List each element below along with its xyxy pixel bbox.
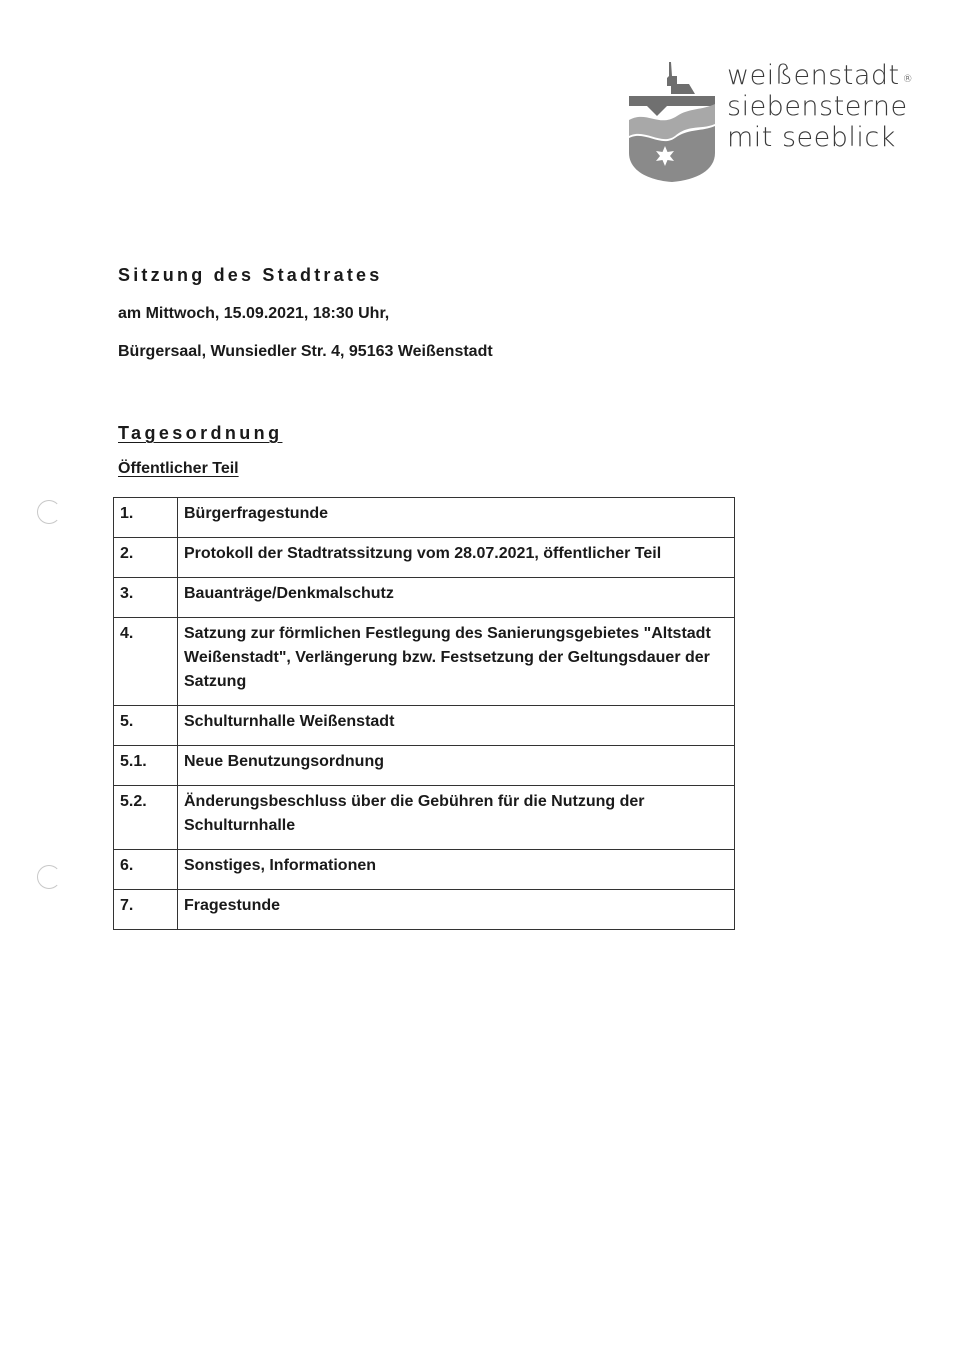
item-text: Bauanträge/Denkmalschutz (178, 578, 735, 618)
punch-hole-mark (37, 500, 61, 524)
item-number: 5. (114, 706, 178, 746)
agenda-row: 7. Fragestunde (114, 890, 735, 930)
item-number: 5.2. (114, 786, 178, 850)
agenda-row: 1. Bürgerfragestunde (114, 498, 735, 538)
agenda-row: 5.2. Änderungsbeschluss über die Gebühre… (114, 786, 735, 850)
item-number: 6. (114, 850, 178, 890)
logo-line-1: weißenstadt (727, 60, 900, 91)
meeting-location: Bürgersaal, Wunsiedler Str. 4, 95163 Wei… (118, 343, 493, 361)
agenda-row: 5.1. Neue Benutzungsordnung (114, 746, 735, 786)
item-text: Bürgerfragestunde (178, 498, 735, 538)
public-section-heading: Öffentlicher Teil (118, 460, 239, 478)
item-text: Satzung zur förmlichen Festlegung des Sa… (178, 618, 735, 706)
meeting-title: Sitzung des Stadtrates (118, 265, 382, 286)
agenda-row: 4. Satzung zur förmlichen Festlegung des… (114, 618, 735, 706)
logo-wordmark: weißenstadt® siebensterne mit seeblick (727, 60, 913, 153)
agenda-heading: Tagesordnung (118, 423, 282, 444)
item-text: Sonstiges, Informationen (178, 850, 735, 890)
item-text: Änderungsbeschluss über die Gebühren für… (178, 786, 735, 850)
coat-of-arms-icon (627, 58, 717, 183)
meeting-date: am Mittwoch, 15.09.2021, 18:30 Uhr, (118, 305, 389, 323)
punch-hole-mark (37, 865, 61, 889)
item-number: 7. (114, 890, 178, 930)
logo-line-3: mit seeblick (727, 122, 913, 153)
item-text: Neue Benutzungsordnung (178, 746, 735, 786)
agenda-row: 3. Bauanträge/Denkmalschutz (114, 578, 735, 618)
item-number: 3. (114, 578, 178, 618)
agenda-row: 6. Sonstiges, Informationen (114, 850, 735, 890)
item-text: Fragestunde (178, 890, 735, 930)
item-text: Protokoll der Stadtratssitzung vom 28.07… (178, 538, 735, 578)
registered-mark: ® (903, 74, 914, 85)
agenda-row: 5. Schulturnhalle Weißenstadt (114, 706, 735, 746)
item-number: 5.1. (114, 746, 178, 786)
item-text: Schulturnhalle Weißenstadt (178, 706, 735, 746)
item-number: 4. (114, 618, 178, 706)
item-number: 2. (114, 538, 178, 578)
item-number: 1. (114, 498, 178, 538)
municipality-logo: weißenstadt® siebensterne mit seeblick (627, 58, 917, 183)
logo-line-2: siebensterne (727, 91, 913, 122)
agenda-table: 1. Bürgerfragestunde 2. Protokoll der St… (113, 497, 735, 930)
agenda-row: 2. Protokoll der Stadtratssitzung vom 28… (114, 538, 735, 578)
